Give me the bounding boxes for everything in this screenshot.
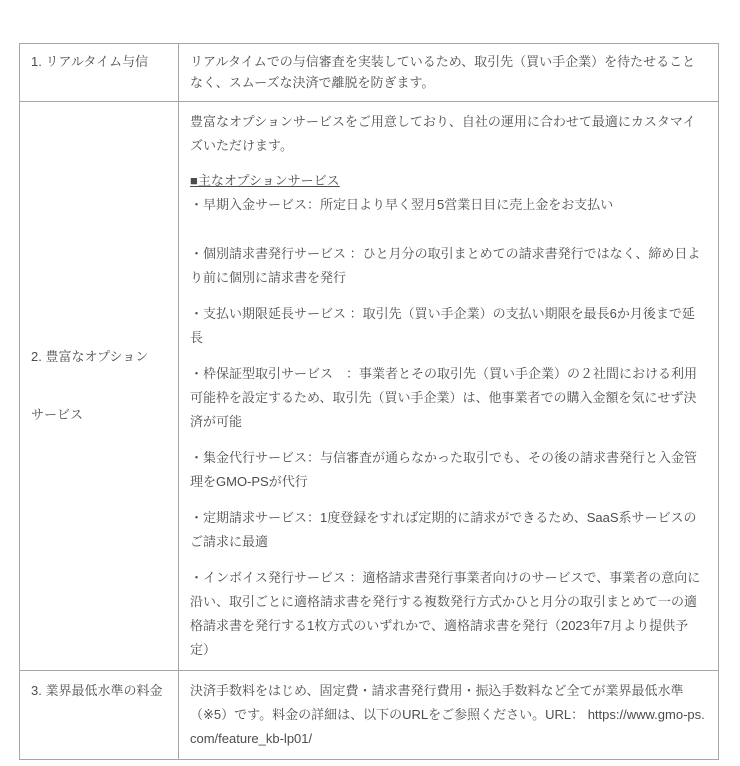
bullet-early-payment: ・早期入金サービス：所定日より早く翌月5営業日目に売上金をお支払い [190, 193, 707, 217]
option-services-label-stack: 2. 豊富なオプション サービス [31, 110, 167, 662]
body-cell-option-services: 豊富なオプションサービスをご用意しており、自社の運用に合わせて最適にカスタマイズ… [179, 102, 719, 671]
table-row-option-services: 2. 豊富なオプション サービス 豊富なオプションサービスをご用意しており、自社… [20, 102, 719, 671]
realtime-credit-description: リアルタイムでの与信審査を実装しているため、取引先（買い手企業）を待たせることな… [190, 51, 707, 93]
label-cell-option-services: 2. 豊富なオプション サービス [20, 102, 179, 671]
label-cell-realtime-credit: 1. リアルタイム与信 [20, 44, 179, 102]
row-label-lowest-fees: 3. 業界最低水準の料金 [31, 683, 162, 698]
page: 1. リアルタイム与信 リアルタイムでの与信審査を実装しているため、取引先（買い… [0, 0, 740, 766]
feature-table: 1. リアルタイム与信 リアルタイムでの与信審査を実装しているため、取引先（買い… [19, 43, 719, 760]
body-cell-lowest-fees: 決済手数料をはじめ、固定費・請求書発行費用・振込手数料など全てが業界最低水準（※… [179, 671, 719, 760]
bullet-collection-agency: ・集金代行サービス：与信審査が通らなかった取引でも、その後の請求書発行と入金管理… [190, 446, 707, 494]
label-cell-lowest-fees: 3. 業界最低水準の料金 [20, 671, 179, 760]
row-label-option-services-line1: 2. 豊富なオプション [31, 345, 167, 369]
bullet-recurring-billing: ・定期請求サービス：1度登録をすれば定期的に請求ができるため、SaaS系サービス… [190, 506, 707, 554]
option-services-heading: ■主なオプションサービス [190, 169, 707, 193]
table-row-lowest-fees: 3. 業界最低水準の料金 決済手数料をはじめ、固定費・請求書発行費用・振込手数料… [20, 671, 719, 760]
table-row-realtime-credit: 1. リアルタイム与信 リアルタイムでの与信審査を実装しているため、取引先（買い… [20, 44, 719, 102]
option-services-intro: 豊富なオプションサービスをご用意しており、自社の運用に合わせて最適にカスタマイズ… [190, 110, 707, 158]
row-label-realtime-credit: 1. リアルタイム与信 [31, 54, 148, 69]
bullet-payment-extension: ・支払い期限延長サービス ：取引先（買い手企業）の支払い期限を最長6か月後まで延… [190, 302, 707, 350]
bullet-guaranteed-limit: ・枠保証型取引サービス ：事業者とその取引先（買い手企業）の２社間における利用可… [190, 362, 707, 434]
bullet-invoice-issuing: ・インボイス発行サービス ：適格請求書発行事業者向けのサービスで、事業者の意向に… [190, 566, 707, 662]
body-cell-realtime-credit: リアルタイムでの与信審査を実装しているため、取引先（買い手企業）を待たせることな… [179, 44, 719, 102]
lowest-fees-description: 決済手数料をはじめ、固定費・請求書発行費用・振込手数料など全てが業界最低水準（※… [190, 679, 707, 751]
bullet-individual-invoice: ・個別請求書発行サービス ：ひと月分の取引まとめての請求書発行ではなく、締め日よ… [190, 242, 707, 290]
row-label-option-services-line2: サービス [31, 403, 167, 427]
